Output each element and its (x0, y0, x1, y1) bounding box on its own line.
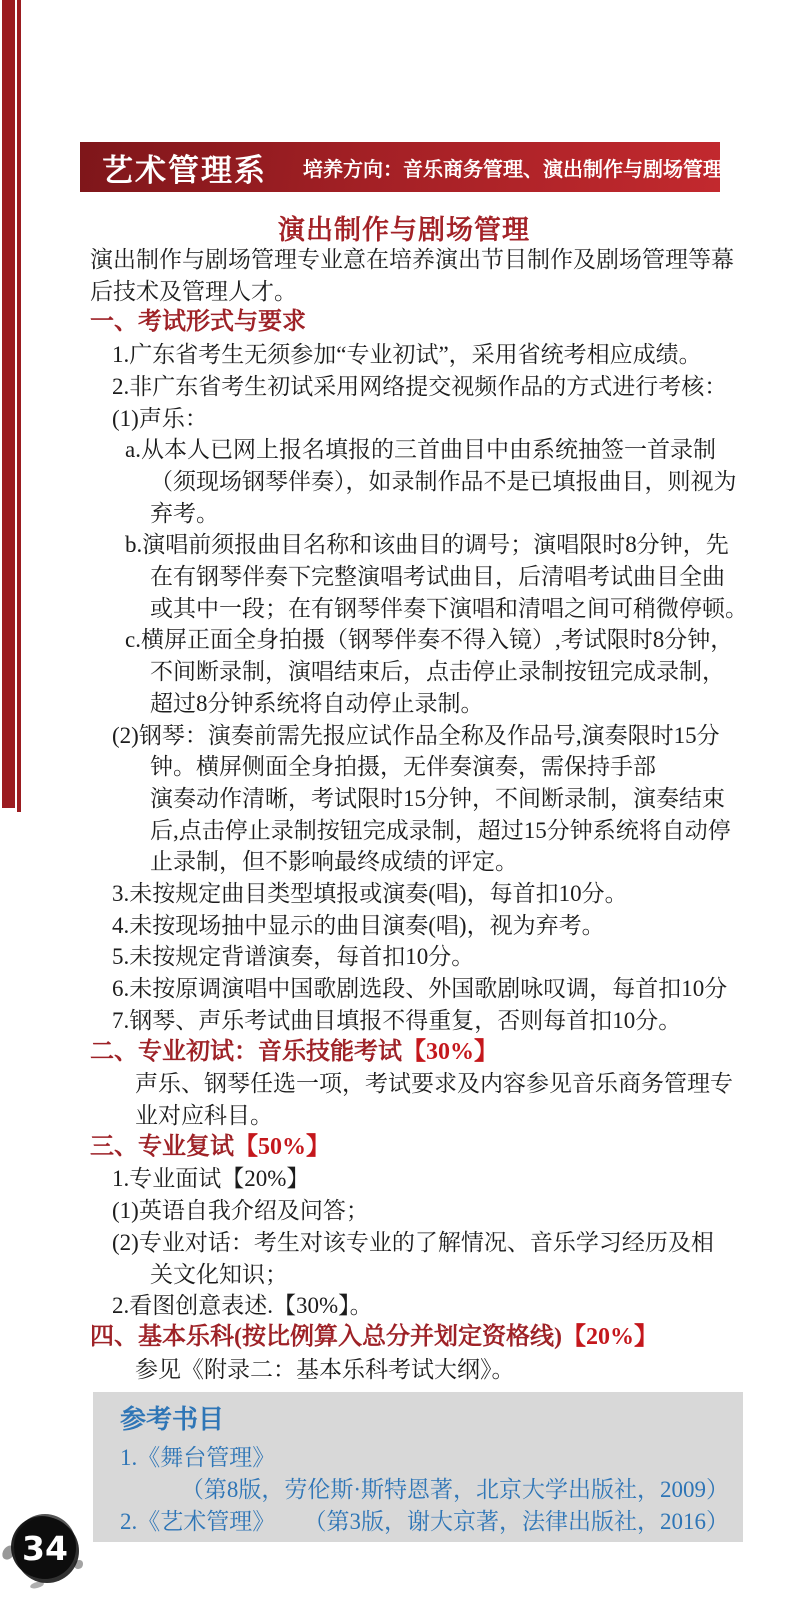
line-text: b.演唱前须报曲目名称和该曲目的调号；演唱限时8分钟，先 (125, 532, 729, 557)
text-line: 6.未按原调演唱中国歌剧选段、外国歌剧咏叹调，每首扣10分 (90, 973, 730, 1005)
text-line: 超过8分钟系统将自动停止录制。 (90, 688, 730, 720)
section-heading: 二、专业初试：音乐技能考试【30%】 (90, 1037, 730, 1069)
book-edition-detail: （第3版，谢大京著，法律出版社，2016） (304, 1506, 730, 1538)
line-text: 二、专业初试：音乐技能考试 (90, 1039, 402, 1065)
text-line: 止录制，但不影响最终成绩的评定。 (90, 846, 730, 878)
page-title: 演出制作与剧场管理 (90, 208, 718, 247)
section-heading: 三、专业复试【50%】 (90, 1132, 730, 1164)
book-title: 1.《舞台管理》 (120, 1442, 275, 1474)
text-line: 1.广东省考生无须参加“专业初试”，采用省统考相应成绩。 (90, 339, 730, 371)
line-text: 7.钢琴、声乐考试曲目填报不得重复，否则每首扣10分。 (112, 1008, 681, 1033)
line-text: 2.看图创意表述.【30%】。 (112, 1293, 373, 1318)
line-text: 5.未按规定背谱演奏，每首扣10分。 (112, 944, 474, 969)
text-line: 在有钢琴伴奏下完整演唱考试曲目，后清唱考试曲目全曲 (90, 561, 730, 593)
line-text: 超过8分钟系统将自动停止录制。 (150, 691, 484, 716)
reference-book-row: 1.《舞台管理》 (120, 1442, 729, 1474)
department-header-band: 艺术管理系 培养方向：音乐商务管理、演出制作与剧场管理 (80, 142, 720, 192)
text-line: (1)声乐： (90, 403, 730, 435)
line-text: 1.专业面试【20%】 (112, 1166, 309, 1191)
line-text: (2)钢琴：演奏前需先报应试作品全称及作品号,演奏限时15分 (112, 723, 720, 748)
text-line: 2.看图创意表述.【30%】。 (90, 1290, 730, 1322)
ink-splatter (74, 1560, 83, 1569)
text-line: 演出制作与剧场管理专业意在培养演出节目制作及剧场管理等幕 (90, 244, 730, 276)
reference-books-title: 参考书目 (120, 1402, 729, 1438)
reference-books-box: 参考书目 1.《舞台管理》（第8版，劳伦斯·斯特恩著，北京大学出版社，2009）… (93, 1392, 743, 1542)
line-text: 1.广东省考生无须参加“专业初试”，采用省统考相应成绩。 (112, 342, 702, 367)
text-line: 1.专业面试【20%】 (90, 1163, 730, 1195)
ink-splatter (30, 1581, 45, 1590)
line-text: 不间断录制，演唱结束后，点击停止录制按钮完成录制， (150, 659, 725, 684)
text-line: 参见《附录二：基本乐科考试大纲》。 (90, 1354, 730, 1386)
text-line: 后技术及管理人才。 (90, 276, 730, 308)
text-line: 演奏动作清晰，考试限时15分钟，不间断录制，演奏结束 (90, 783, 730, 815)
reference-books-list: 1.《舞台管理》（第8版，劳伦斯·斯特恩著，北京大学出版社，2009）2.《艺术… (120, 1442, 729, 1538)
text-line: 或其中一段；在有钢琴伴奏下演唱和清唱之间可稍微停顿。 (90, 593, 730, 625)
text-line: 声乐、钢琴任选一项，考试要求及内容参见音乐商务管理专 (90, 1068, 730, 1100)
line-text: 关文化知识； (150, 1262, 288, 1287)
weight-percentage: 【20%】 (562, 1324, 658, 1350)
text-line: 业对应科目。 (90, 1100, 730, 1132)
left-accent-bar-thin (17, 0, 21, 812)
text-line: (2)钢琴：演奏前需先报应试作品全称及作品号,演奏限时15分 (90, 720, 730, 752)
text-line: (1)英语自我介绍及问答； (90, 1195, 730, 1227)
line-text: 演出制作与剧场管理专业意在培养演出节目制作及剧场管理等幕 (90, 247, 734, 272)
line-text: 声乐、钢琴任选一项，考试要求及内容参见音乐商务管理专 (135, 1071, 733, 1096)
line-text: 参见《附录二：基本乐科考试大纲》。 (135, 1357, 515, 1382)
line-text: (2)专业对话：考生对该专业的了解情况、音乐学习经历及相 (112, 1230, 714, 1255)
text-line: c.横屏正面全身拍摄（钢琴伴奏不得入镜）,考试限时8分钟， (90, 624, 730, 656)
text-line: 关文化知识； (90, 1259, 730, 1291)
line-text: 或其中一段；在有钢琴伴奏下演唱和清唱之间可稍微停顿。 (150, 596, 748, 621)
book-edition-detail: （第8版，劳伦斯·斯特恩著，北京大学出版社，2009） (181, 1474, 729, 1506)
text-line: 不间断录制，演唱结束后，点击停止录制按钮完成录制， (90, 656, 730, 688)
left-accent-bar-thick (2, 0, 15, 808)
line-text: 6.未按原调演唱中国歌剧选段、外国歌剧咏叹调，每首扣10分 (112, 976, 727, 1001)
text-line: 弃考。 (90, 498, 730, 530)
reference-book-row: 2.《艺术管理》（第3版，谢大京著，法律出版社，2016） (120, 1506, 729, 1538)
section-heading: 四、基本乐科(按比例算入总分并划定资格线)【20%】 (90, 1322, 730, 1354)
line-text: 四、基本乐科(按比例算入总分并划定资格线) (90, 1324, 562, 1350)
text-line: (2)专业对话：考生对该专业的了解情况、音乐学习经历及相 (90, 1227, 730, 1259)
text-line: b.演唱前须报曲目名称和该曲目的调号；演唱限时8分钟，先 (90, 529, 730, 561)
page-number: 34 (22, 1529, 68, 1568)
line-text: 在有钢琴伴奏下完整演唱考试曲目，后清唱考试曲目全曲 (150, 564, 725, 589)
text-line: 钟。横屏侧面全身拍摄，无伴奏演奏，需保持手部 (90, 751, 730, 783)
text-line: 2.非广东省考生初试采用网络提交视频作品的方式进行考核： (90, 371, 730, 403)
line-text: a.从本人已网上报名填报的三首曲目中由系统抽签一首录制 (125, 437, 716, 462)
text-line: 后,点击停止录制按钮完成录制，超过15分钟系统将自动停 (90, 815, 730, 847)
text-line: 5.未按规定背谱演奏，每首扣10分。 (90, 941, 730, 973)
line-text: 三、专业复试 (90, 1134, 234, 1160)
section-heading: 一、考试形式与要求 (90, 307, 730, 339)
line-text: (1)声乐： (112, 406, 208, 431)
line-text: 4.未按现场抽中显示的曲目演奏(唱)，视为弃考。 (112, 913, 605, 938)
line-text: c.横屏正面全身拍摄（钢琴伴奏不得入镜）,考试限时8分钟， (125, 627, 733, 652)
weight-percentage: 【30%】 (402, 1039, 498, 1065)
line-text: 一、考试形式与要求 (90, 309, 306, 335)
reference-book-row: （第8版，劳伦斯·斯特恩著，北京大学出版社，2009） (120, 1474, 729, 1506)
line-text: 钟。横屏侧面全身拍摄，无伴奏演奏，需保持手部 (150, 754, 656, 779)
line-text: 2.非广东省考生初试采用网络提交视频作品的方式进行考核： (112, 374, 727, 399)
text-line: 3.未按规定曲目类型填报或演奏(唱)，每首扣10分。 (90, 878, 730, 910)
line-text: 后,点击停止录制按钮完成录制，超过15分钟系统将自动停 (150, 818, 731, 843)
line-text: 弃考。 (150, 501, 219, 526)
line-text: 止录制，但不影响最终成绩的评定。 (150, 849, 518, 874)
line-text: 3.未按规定曲目类型填报或演奏(唱)，每首扣10分。 (112, 881, 628, 906)
text-line: （须现场钢琴伴奏），如录制作品不是已填报曲目，则视为 (90, 466, 730, 498)
text-line: a.从本人已网上报名填报的三首曲目中由系统抽签一首录制 (90, 434, 730, 466)
page-number-badge: 34 (14, 1517, 76, 1579)
text-line: 4.未按现场抽中显示的曲目演奏(唱)，视为弃考。 (90, 910, 730, 942)
training-direction: 培养方向：音乐商务管理、演出制作与剧场管理 (303, 153, 723, 182)
line-text: (1)英语自我介绍及问答； (112, 1198, 369, 1223)
line-text: （须现场钢琴伴奏），如录制作品不是已填报曲目，则视为 (150, 469, 737, 494)
weight-percentage: 【50%】 (234, 1134, 330, 1160)
ink-splatter (0, 1543, 16, 1561)
line-text: 后技术及管理人才。 (90, 279, 297, 304)
text-line: 7.钢琴、声乐考试曲目填报不得重复，否则每首扣10分。 (90, 1005, 730, 1037)
book-title: 2.《艺术管理》 (120, 1506, 275, 1538)
document-body: 演出制作与剧场管理专业意在培养演出节目制作及剧场管理等幕后技术及管理人才。一、考… (90, 244, 730, 1385)
line-text: 业对应科目。 (135, 1103, 273, 1128)
department-name: 艺术管理系 (102, 145, 267, 190)
line-text: 演奏动作清晰，考试限时15分钟，不间断录制，演奏结束 (150, 786, 725, 811)
